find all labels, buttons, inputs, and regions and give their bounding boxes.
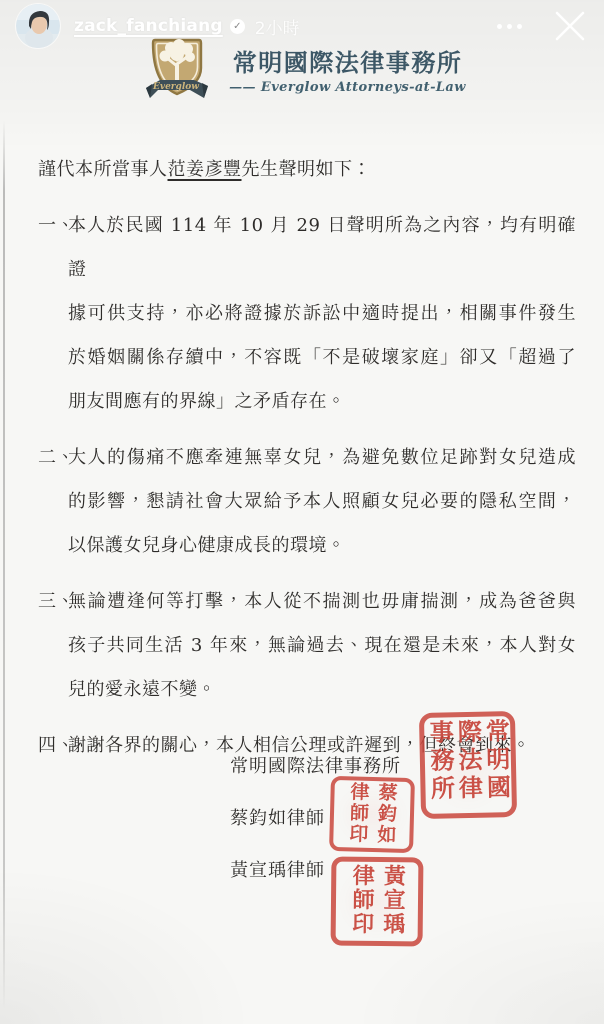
- firm-seal: 常明國際法律事務所: [419, 711, 517, 819]
- avatar-image: [16, 4, 60, 48]
- item-text: 無論遭逢何等打擊，本人從不揣測也毋庸揣測，成為爸爸與孩子共同生活 3 年來，無論…: [68, 580, 576, 712]
- firm-seal-text: 常明國際法律事務所: [425, 718, 511, 812]
- firm-name-en: —— Everglow Attorneys-at-Law: [229, 80, 466, 95]
- story-header: zack_fanchiang ✓ 2小時: [0, 0, 604, 52]
- item-number: 四、: [38, 724, 68, 768]
- story-timestamp: 2小時: [255, 14, 300, 39]
- username-link[interactable]: zack_fanchiang: [74, 16, 223, 36]
- logo-ribbon-label: Everglow: [152, 82, 199, 92]
- statement-document: 謹代本所當事人范姜彥豐先生聲明如下： 一、 本人於民國 114 年 10 月 2…: [38, 148, 576, 768]
- statement-item-1: 一、 本人於民國 114 年 10 月 29 日聲明所為之內容，均有明確證據可供…: [38, 204, 576, 424]
- lawyer-seal-2: 黃宣瑀律師印: [331, 857, 424, 947]
- avatar[interactable]: [16, 4, 60, 48]
- item-number: 二、: [38, 436, 68, 568]
- client-name: 范姜彥豐: [168, 159, 242, 180]
- instagram-story-view: zack_fanchiang ✓ 2小時: [0, 0, 604, 1024]
- close-icon[interactable]: [548, 4, 592, 48]
- intro-suffix: 先生聲明如下：: [242, 159, 372, 180]
- statement-intro: 謹代本所當事人范姜彥豐先生聲明如下：: [38, 148, 576, 192]
- firm-name-zh: 常明國際法律事務所: [233, 48, 463, 78]
- paper-edge-shadow: [3, 120, 5, 1010]
- intro-prefix: 謹代本所當事人: [38, 159, 168, 180]
- item-text: 大人的傷痛不應牽連無辜女兒，為避免數位足跡對女兒造成的影響，懇請社會大眾給予本人…: [68, 436, 576, 568]
- lawyer-seal-2-text: 黃宣瑀律師印: [346, 864, 409, 940]
- item-number: 三、: [38, 580, 68, 712]
- statement-items: 一、 本人於民國 114 年 10 月 29 日聲明所為之內容，均有明確證據可供…: [38, 204, 576, 768]
- lawyer-seal-1-text: 蔡鈞如律師印: [343, 781, 401, 847]
- statement-item-3: 三、 無論遭逢何等打擊，本人從不揣測也毋庸揣測，成為爸爸與孩子共同生活 3 年來…: [38, 580, 576, 712]
- letterhead-text: 常明國際法律事務所 —— Everglow Attorneys-at-Law: [229, 48, 466, 95]
- item-number: 一、: [38, 204, 68, 424]
- lawyer-seal-1: 蔡鈞如律師印: [329, 776, 415, 853]
- item-text: 本人於民國 114 年 10 月 29 日聲明所為之內容，均有明確證據可供支持，…: [68, 204, 576, 424]
- more-options-icon[interactable]: [497, 6, 522, 46]
- statement-item-2: 二、 大人的傷痛不應牽連無辜女兒，為避免數位足跡對女兒造成的影響，懇請社會大眾給…: [38, 436, 576, 568]
- verified-badge-icon: ✓: [230, 19, 245, 34]
